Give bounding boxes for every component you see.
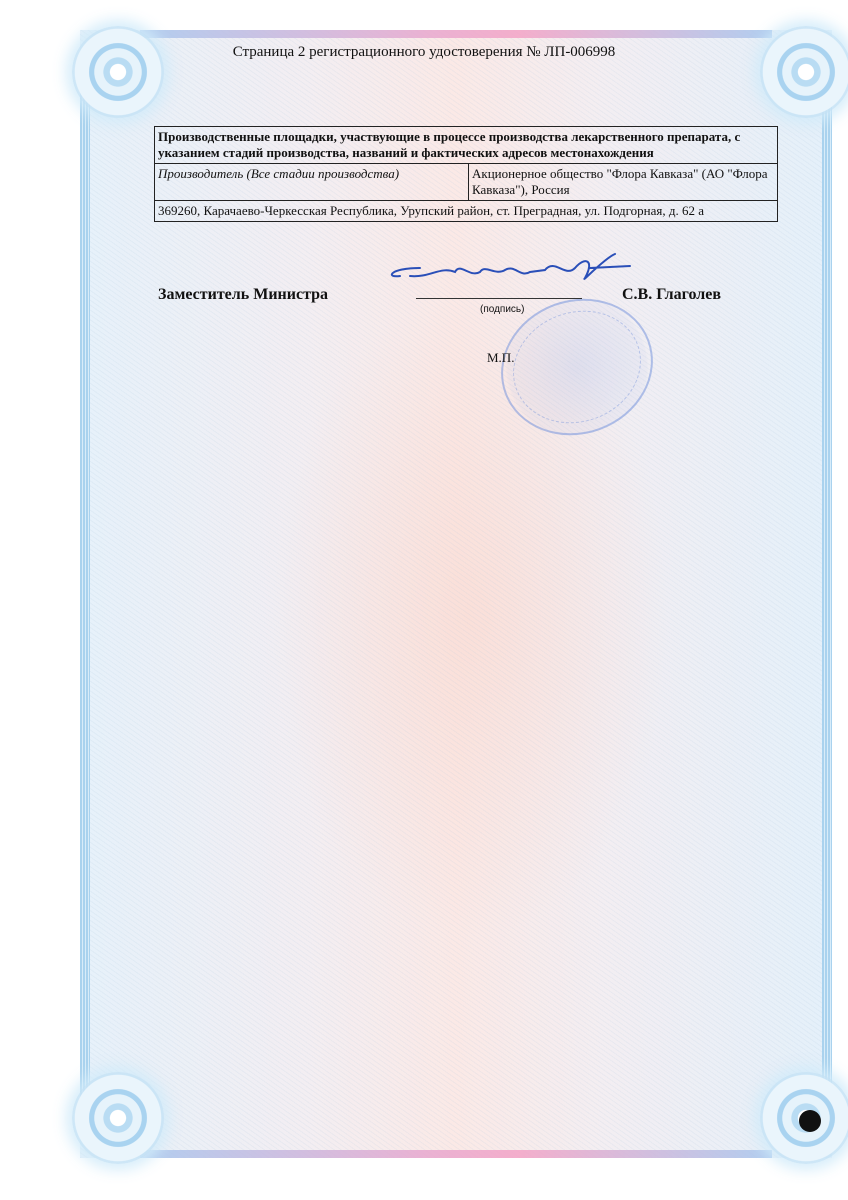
table-header: Производственные площадки, участвующие в… [155, 127, 778, 164]
manufacturer-name: Акционерное общество "Флора Кавказа" (АО… [469, 164, 778, 201]
signature-caption: (подпись) [480, 304, 524, 315]
border-bottom [140, 1150, 772, 1158]
production-role: Производитель (Все стадии производства) [155, 164, 469, 201]
signer-name: С.В. Глаголев [622, 286, 721, 304]
page-header: Страница 2 регистрационного удостоверени… [0, 44, 848, 61]
border-right [822, 90, 832, 1098]
border-left [80, 90, 90, 1098]
signature-line [416, 298, 582, 299]
table-header-row: Производственные площадки, участвующие в… [155, 127, 778, 164]
manufacturer-address: 369260, Карачаево-Черкесская Республика,… [155, 201, 778, 222]
punch-hole [799, 1110, 821, 1132]
rosette-ornament-icon [72, 1072, 164, 1164]
production-sites-table: Производственные площадки, участвующие в… [154, 126, 778, 222]
table-row: Производитель (Все стадии производства) … [155, 164, 778, 201]
signature-icon [380, 248, 640, 288]
rosette-ornament-icon [72, 26, 164, 118]
table-row: 369260, Карачаево-Черкесская Республика,… [155, 201, 778, 222]
seal-label: М.П. [487, 350, 514, 366]
border-top [140, 30, 772, 38]
rosette-ornament-icon [760, 26, 848, 118]
signer-title: Заместитель Министра [158, 286, 328, 304]
